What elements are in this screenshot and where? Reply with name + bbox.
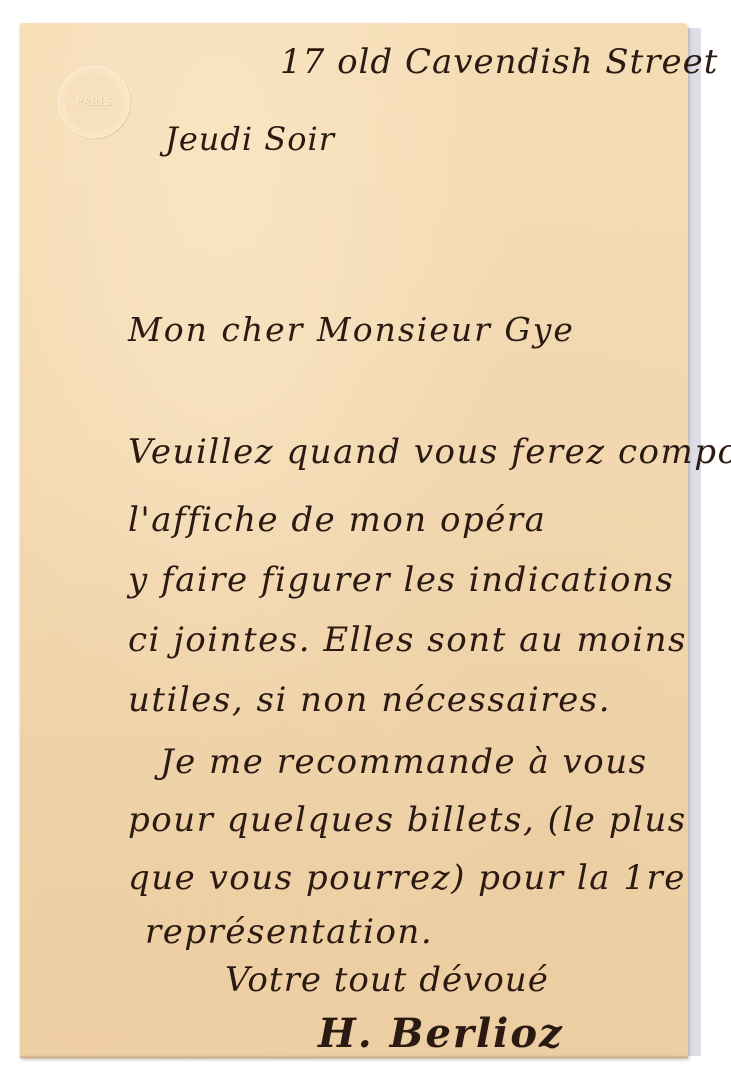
letter-signature: H. Berlioz (318, 1010, 564, 1057)
letter-address: 17 old Cavendish Street (280, 42, 718, 82)
stamp-text: PARIS (76, 97, 112, 108)
letter-body-line: utiles, si non nécessaires. (128, 680, 611, 720)
letter-date: Jeudi Soir (165, 120, 335, 158)
letter-body-line: représentation. (145, 912, 433, 952)
letter-body-line: que vous pourrez) pour la 1re (128, 858, 686, 898)
letter-body-line: l'affiche de mon opéra (128, 500, 546, 540)
letter-body-line: Je me recommande à vous (160, 742, 648, 782)
letter-greeting: Mon cher Monsieur Gye (128, 310, 575, 349)
letter-body-line: ci jointes. Elles sont au moins (128, 620, 687, 660)
letter-body-line: y faire figurer les indications (128, 560, 674, 600)
letter-paper: PARIS (20, 23, 688, 1058)
letter-body-line: pour quelques billets, (le plus (128, 800, 687, 840)
embossed-stamp-icon: PARIS (58, 66, 130, 138)
photograph: PARIS 17 old Cavendish Street Jeudi Soir… (0, 0, 731, 1080)
letter-closing: Votre tout dévoué (225, 960, 549, 1000)
letter-body-line: Veuillez quand vous ferez composer (128, 432, 731, 472)
